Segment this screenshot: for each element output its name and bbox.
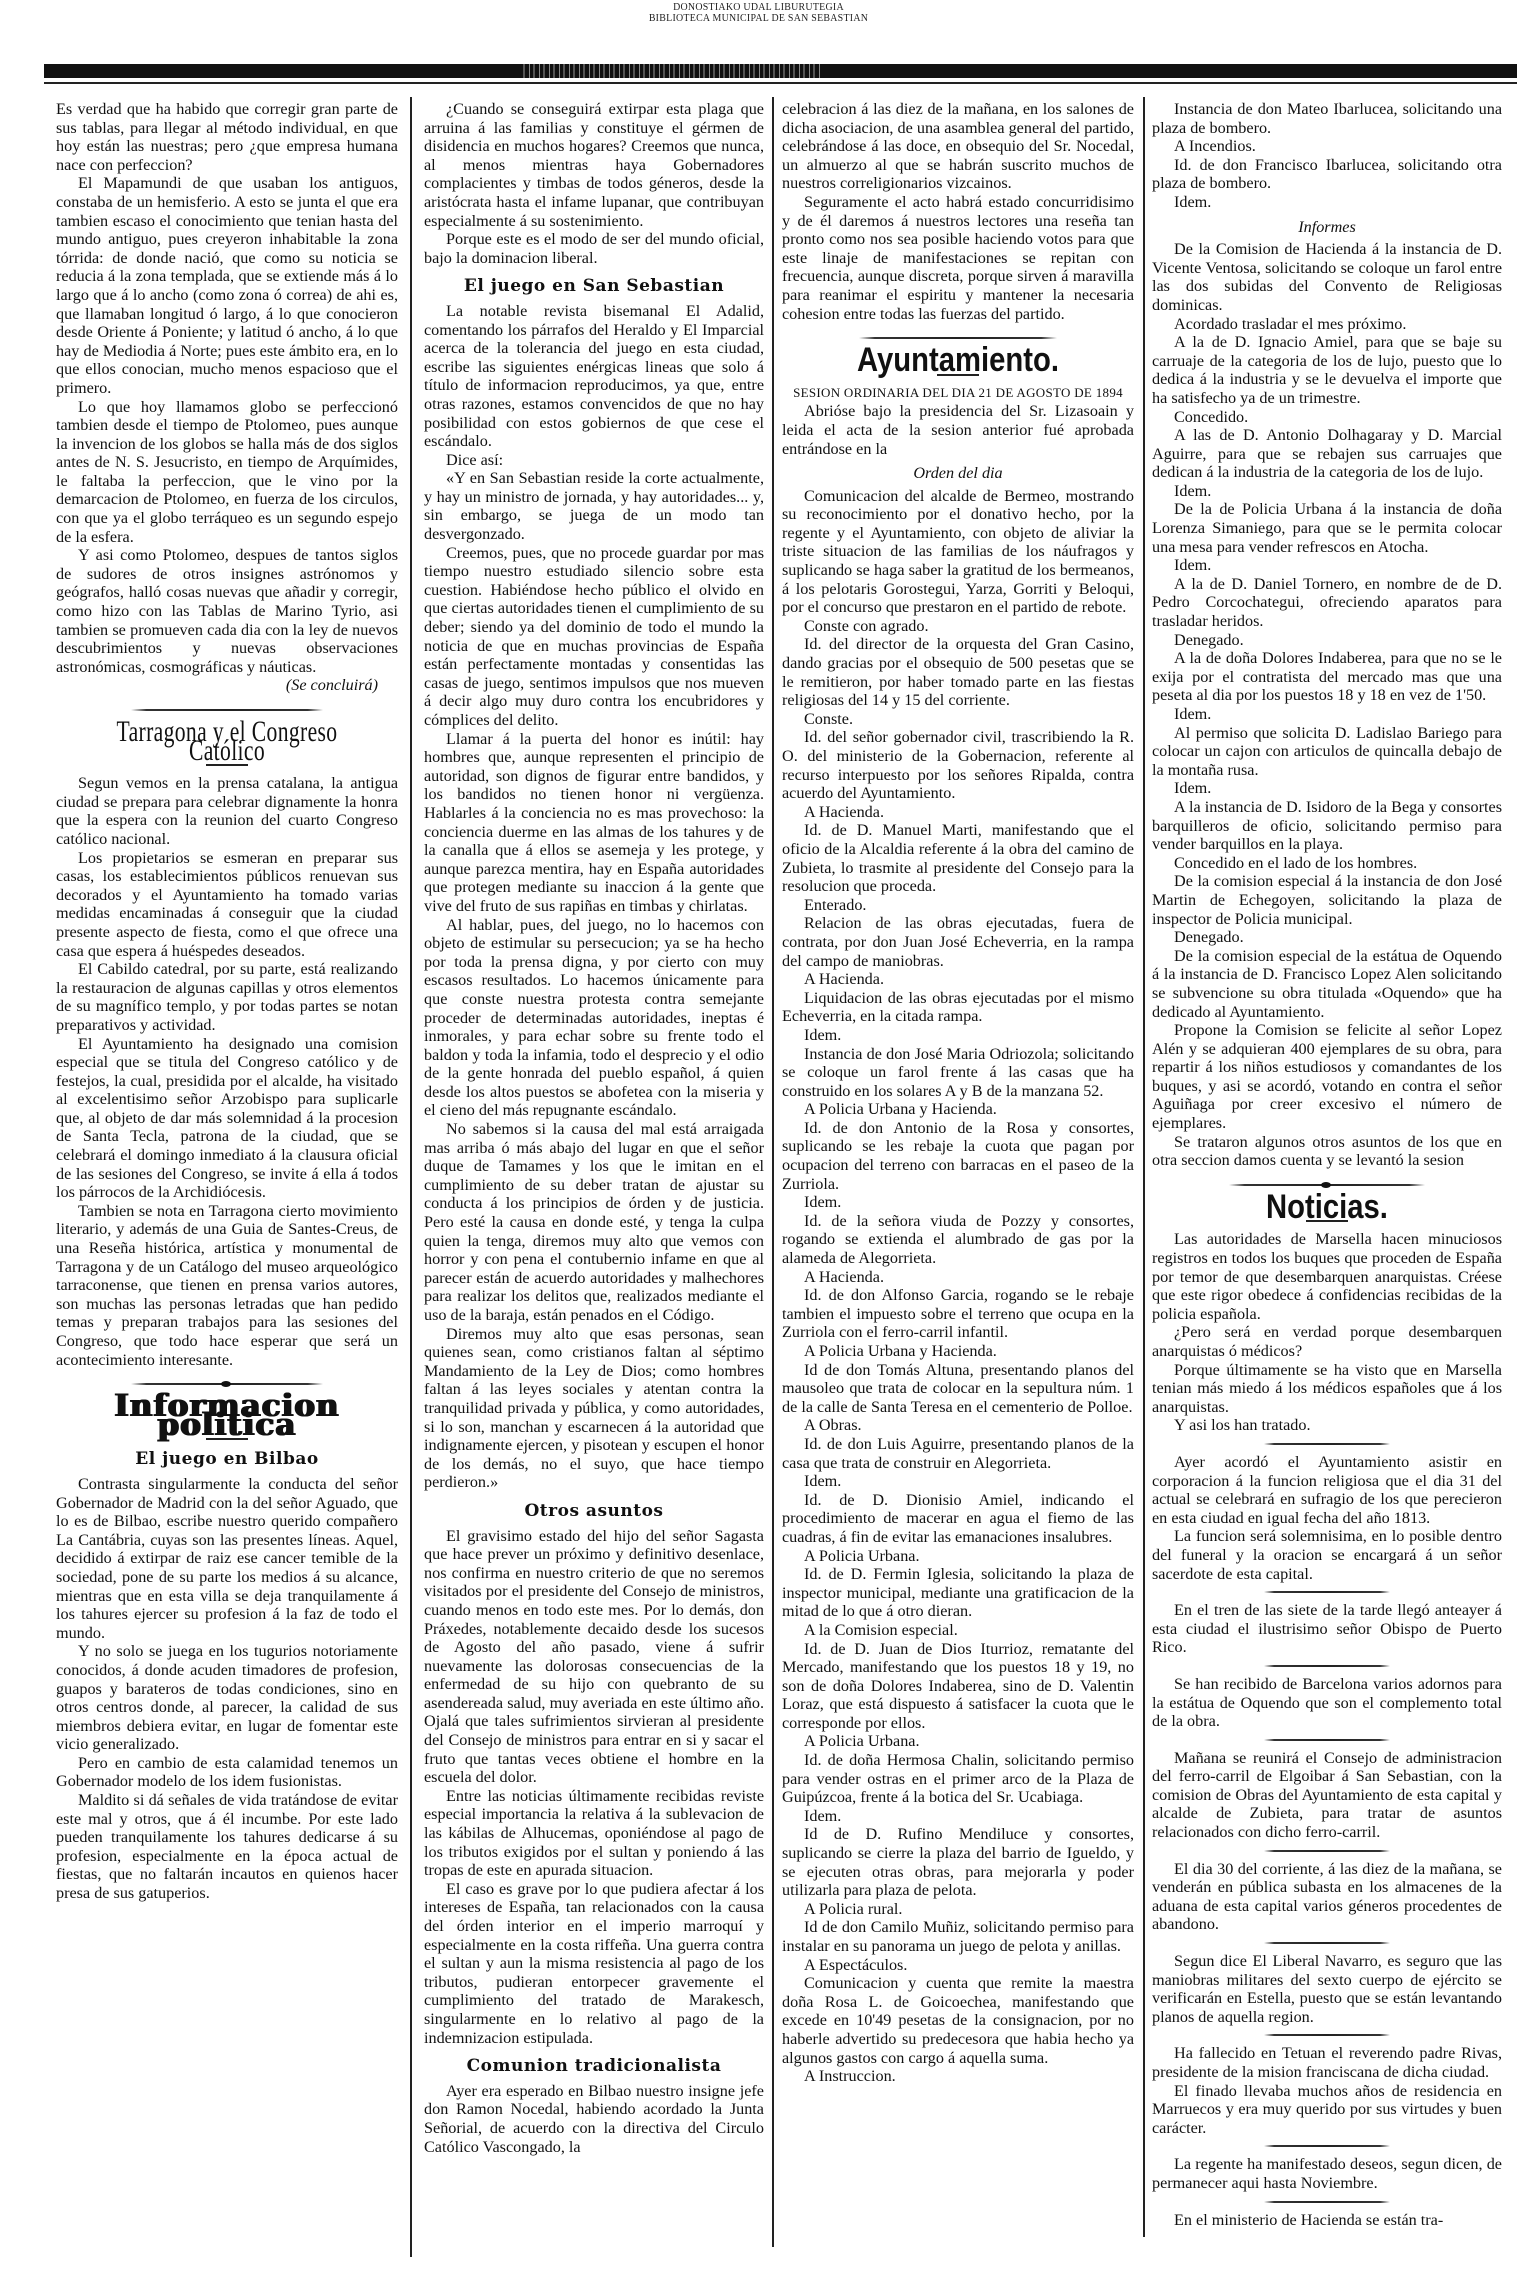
paragraph: Idem.	[782, 1472, 1134, 1491]
paragraph: Dice así:	[424, 451, 764, 470]
news-item-separator	[1264, 1850, 1390, 1852]
session-dateline: SESION ORDINARIA DEL DIA 21 DE AGOSTO DE…	[782, 384, 1134, 403]
paragraph: La notable revista bisemanal El Adalid, …	[424, 302, 764, 451]
paragraph: Id. de don Alfonso Garcia, rogando se le…	[782, 1286, 1134, 1342]
paragraph: A la de D. Daniel Tornero, en nombre de …	[1152, 575, 1502, 631]
paragraph: Denegado.	[1152, 631, 1502, 650]
paragraph: A Incendios.	[1152, 137, 1502, 156]
paragraph: Liquidacion de las obras ejecutadas por …	[782, 989, 1134, 1026]
paragraph: Idem.	[782, 1807, 1134, 1826]
continued-note: (Se concluirá)	[56, 676, 378, 695]
paragraph: Los propietarios se esmeran en preparar …	[56, 849, 398, 961]
article-subheading: Otros asuntos	[424, 1502, 764, 1521]
column-divider-3	[1143, 97, 1145, 2237]
paragraph: ¿Pero será en verdad porque desembarquen…	[1152, 1323, 1502, 1360]
paragraph: El Cabildo catedral, por su parte, está …	[56, 960, 398, 1034]
paragraph: Mañana se reunirá el Consejo de administ…	[1152, 1749, 1502, 1842]
paragraph: Id. de don Antonio de la Rosa y consorte…	[782, 1119, 1134, 1193]
paragraph: A la de D. Ignacio Amiel, para que se ba…	[1152, 333, 1502, 407]
paragraph: Acordado trasladar el mes próximo.	[1152, 315, 1502, 334]
paragraph: Pero en cambio de esta calamidad tenemos…	[56, 1754, 398, 1791]
paragraph: A Hacienda.	[782, 1268, 1134, 1287]
paragraph: Id. de D. Juan de Dios Iturrioz, rematan…	[782, 1640, 1134, 1733]
paragraph: A Policia rural.	[782, 1900, 1134, 1919]
paragraph: Idem.	[782, 1026, 1134, 1045]
paragraph: Idem.	[1152, 779, 1502, 798]
paragraph: A las de D. Antonio Dolhagaray y D. Marc…	[1152, 426, 1502, 482]
paragraph: Id. del señor gobernador civil, trascrib…	[782, 728, 1134, 802]
paragraph: En el tren de las siete de la tarde lleg…	[1152, 1601, 1502, 1657]
paragraph: El dia 30 del corriente, á las diez de l…	[1152, 1860, 1502, 1934]
paragraph: No sabemos si la causa del mal está arra…	[424, 1120, 764, 1325]
section-label: Informes	[1152, 218, 1502, 237]
paragraph: En el ministerio de Hacienda se están tr…	[1152, 2211, 1502, 2230]
paragraph: Diremos muy alto que esas personas, sean…	[424, 1325, 764, 1492]
paragraph: De la de Policia Urbana á la instancia d…	[1152, 500, 1502, 556]
paragraph: Instancia de don José Maria Odriozola; s…	[782, 1045, 1134, 1101]
column-1: Es verdad que ha habido que corregir gra…	[56, 100, 398, 1903]
news-item-separator	[1264, 2145, 1390, 2147]
paragraph: Entre las noticias últimamente recibidas…	[424, 1787, 764, 1880]
paragraph: Idem.	[782, 1193, 1134, 1212]
paragraph: Lo que hoy llamamos globo se perfeccionó…	[56, 398, 398, 547]
paragraph: Ayer era esperado en Bilbao nuestro insi…	[424, 2082, 764, 2156]
section-heading: Noticias.	[1177, 1198, 1478, 1217]
column-divider-2	[772, 97, 774, 2247]
paragraph: Id de don Camilo Muñiz, solicitando perm…	[782, 1918, 1134, 1955]
paragraph: A Instruccion.	[782, 2067, 1134, 2086]
paragraph: Ha fallecido en Tetuan el reverendo padr…	[1152, 2044, 1502, 2081]
paragraph: Y asi los han tratado.	[1152, 1416, 1502, 1435]
paragraph: Llamar á la puerta del honor es inútil: …	[424, 730, 764, 916]
news-item-separator	[1264, 1739, 1390, 1741]
paragraph: Segun vemos en la prensa catalana, la an…	[56, 774, 398, 848]
section-heading: Ayuntamiento.	[807, 351, 1110, 370]
section-separator	[1229, 1184, 1425, 1186]
paragraph: Y no solo se juega en los tugurios notor…	[56, 1642, 398, 1754]
paragraph: Maldito si dá señales de vida tratándose…	[56, 1791, 398, 1903]
paragraph: Id. de la señora viuda de Pozzy y consor…	[782, 1212, 1134, 1268]
section-separator	[131, 709, 323, 711]
paragraph: Contrasta singularmente la conducta del …	[56, 1475, 398, 1642]
paragraph: A Policia Urbana y Hacienda.	[782, 1100, 1134, 1119]
paragraph: El caso es grave por lo que pudiera afec…	[424, 1880, 764, 2047]
paragraph: Concedido.	[1152, 408, 1502, 427]
paragraph: A Espectáculos.	[782, 1956, 1134, 1975]
paragraph: Propone la Comision se felicite al señor…	[1152, 1021, 1502, 1133]
paragraph: Idem.	[1152, 482, 1502, 501]
news-item-separator	[1264, 2034, 1390, 2036]
paragraph: Conste.	[782, 710, 1134, 729]
paragraph: De la comision especial á la instancia d…	[1152, 872, 1502, 928]
paragraph: Es verdad que ha habido que corregir gra…	[56, 100, 398, 174]
paragraph: Comunicacion del alcalde de Bermeo, most…	[782, 487, 1134, 617]
paragraph: Porque este es el modo de ser del mundo …	[424, 230, 764, 267]
paragraph: De la comision especial de la estátua de…	[1152, 947, 1502, 1021]
paragraph: El Mapamundi de que usaban los antiguos,…	[56, 174, 398, 397]
article-subheading: Comunion tradicionalista	[424, 2057, 764, 2076]
paragraph: El Ayuntamiento ha designado una comisio…	[56, 1035, 398, 1202]
paragraph: Id. de D. Dionisio Amiel, indicando el p…	[782, 1491, 1134, 1547]
paragraph: A Obras.	[782, 1416, 1134, 1435]
news-item-separator	[1264, 1665, 1390, 1667]
section-separator	[131, 1383, 323, 1385]
paragraph: Idem.	[1152, 705, 1502, 724]
paragraph: Seguramente el acto habrá estado concurr…	[782, 193, 1134, 323]
paragraph: Tambien se nota en Tarragona cierto movi…	[56, 1202, 398, 1369]
paragraph: Id. del director de la orquesta del Gran…	[782, 635, 1134, 709]
news-item-separator	[1264, 1443, 1390, 1445]
paragraph: Y asi como Ptolomeo, despues de tantos s…	[56, 546, 398, 676]
paragraph: ¿Cuando se conseguirá extirpar esta plag…	[424, 100, 764, 230]
section-label: Orden del dia	[782, 464, 1134, 483]
paragraph: Idem.	[1152, 556, 1502, 575]
paragraph: Abrióse bajo la presidencia del Sr. Liza…	[782, 402, 1134, 458]
article-subheading: El juego en San Sebastian	[424, 277, 764, 296]
paragraph: De la Comision de Hacienda á la instanci…	[1152, 240, 1502, 314]
paragraph: A Policia Urbana.	[782, 1547, 1134, 1566]
paragraph: A Policia Urbana.	[782, 1732, 1134, 1751]
paragraph: El finado llevaba muchos años de residen…	[1152, 2082, 1502, 2138]
top-rule	[44, 82, 1517, 84]
paragraph: Al permiso que solicita D. Ladislao Bari…	[1152, 724, 1502, 780]
section-separator	[859, 337, 1056, 339]
paragraph: «Y en San Sebastian reside la corte actu…	[424, 469, 764, 543]
paragraph: Se han recibido de Barcelona varios ador…	[1152, 1675, 1502, 1731]
paragraph: Las autoridades de Marsella hacen minuci…	[1152, 1230, 1502, 1323]
paragraph: celebracion á las diez de la mañana, en …	[782, 100, 1134, 193]
paragraph: Idem.	[1152, 193, 1502, 212]
news-item-separator	[1264, 2201, 1390, 2203]
paragraph: Denegado.	[1152, 928, 1502, 947]
paragraph: A Hacienda.	[782, 970, 1134, 989]
paragraph: Id de don Tomás Altuna, presentando plan…	[782, 1361, 1134, 1417]
column-3: celebracion á las diez de la mañana, en …	[782, 100, 1134, 2086]
paragraph: Concedido en el lado de los hombres.	[1152, 854, 1502, 873]
column-divider-1	[410, 97, 412, 2257]
article-subheading: El juego en Bilbao	[56, 1450, 398, 1469]
paragraph: El gravisimo estado del hijo del señor S…	[424, 1527, 764, 1787]
column-2: ¿Cuando se conseguirá extirpar esta plag…	[424, 100, 764, 2156]
news-item-separator	[1264, 1942, 1390, 1944]
paragraph: Instancia de don Mateo Ibarlucea, solici…	[1152, 100, 1502, 137]
section-heading: Informacion politica	[56, 1397, 398, 1434]
paragraph: La regente ha manifestado deseos, segun …	[1152, 2155, 1502, 2192]
library-stamp-spanish: BIBLIOTECA MUNICIPAL DE SAN SEBASTIAN	[76, 13, 1441, 24]
paragraph: Conste con agrado.	[782, 617, 1134, 636]
paragraph: A Hacienda.	[782, 803, 1134, 822]
paragraph: Ayer acordó el Ayuntamiento asistir en c…	[1152, 1453, 1502, 1527]
paragraph: La funcion será solemnisima, en lo posib…	[1152, 1527, 1502, 1583]
paragraph: Relacion de las obras ejecutadas, fuera …	[782, 914, 1134, 970]
paragraph: Id. de D. Manuel Marti, manifestando que…	[782, 821, 1134, 895]
news-item-separator	[1264, 1591, 1390, 1593]
paragraph: Enterado.	[782, 896, 1134, 915]
paragraph: Creemos, pues, que no procede guardar po…	[424, 544, 764, 730]
article-heading: Tarragona y el Congreso Católico	[104, 723, 350, 760]
column-4: Instancia de don Mateo Ibarlucea, solici…	[1152, 100, 1502, 2229]
paragraph: Id de D. Rufino Mendiluce y consortes, s…	[782, 1825, 1134, 1899]
paragraph: Porque últimamente se ha visto que en Ma…	[1152, 1361, 1502, 1417]
paragraph: Id. de don Francisco Ibarlucea, solicita…	[1152, 156, 1502, 193]
paragraph: Id. de don Luis Aguirre, presentando pla…	[782, 1435, 1134, 1472]
paragraph: Id. de doña Hermosa Chalin, solicitando …	[782, 1751, 1134, 1807]
top-band-texture	[520, 64, 820, 78]
paragraph: Al hablar, pues, del juego, no lo hacemo…	[424, 916, 764, 1121]
library-stamp: DONOSTIAKO UDAL LIBURUTEGIA BIBLIOTECA M…	[0, 2, 1517, 24]
paragraph: A la de doña Dolores Indaberea, para que…	[1152, 649, 1502, 705]
paragraph: Id. de D. Fermin Iglesia, solicitando la…	[782, 1565, 1134, 1621]
paragraph: A la instancia de D. Isidoro de la Bega …	[1152, 798, 1502, 854]
paragraph: Comunicacion y cuenta que remite la maes…	[782, 1974, 1134, 2067]
paragraph: Se trataron algunos otros asuntos de los…	[1152, 1133, 1502, 1170]
paragraph: Segun dice El Liberal Navarro, es seguro…	[1152, 1952, 1502, 2026]
paragraph: A Policia Urbana y Hacienda.	[782, 1342, 1134, 1361]
paragraph: A la Comision especial.	[782, 1621, 1134, 1640]
